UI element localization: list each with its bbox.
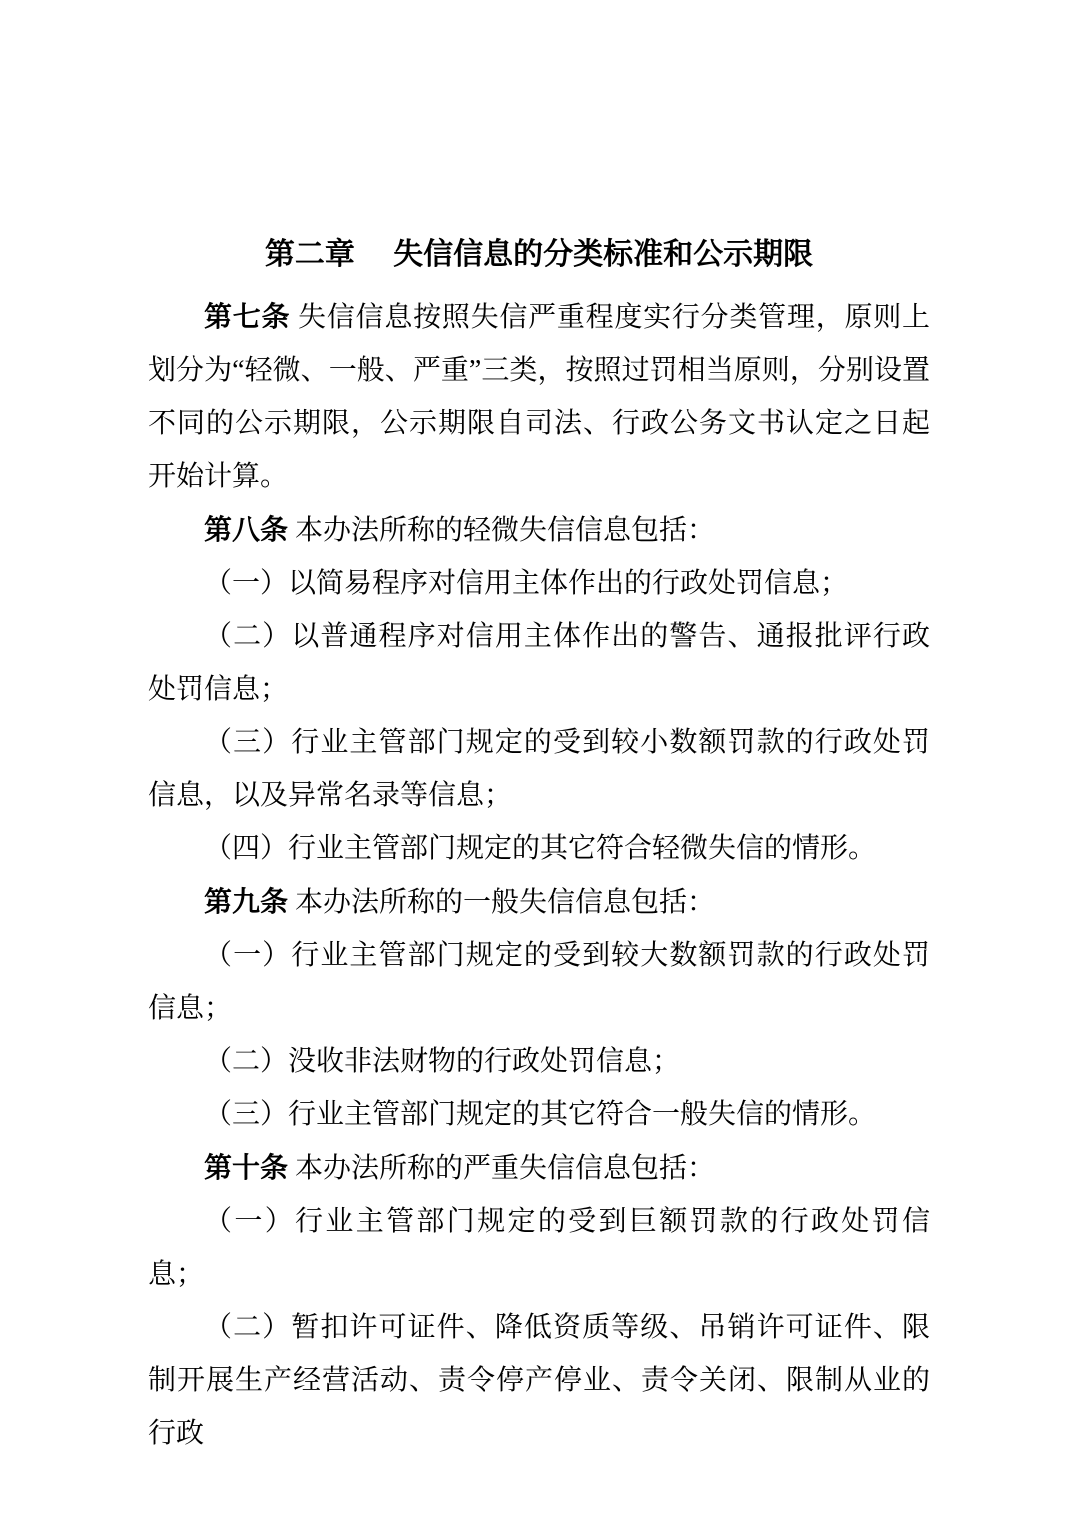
paragraph: （二）暂扣许可证件、降低资质等级、吊销许可证件、限制开展生产经营活动、责令停产停…: [148, 1301, 930, 1460]
paragraph: （四）行业主管部门规定的其它符合轻微失信的情形。: [148, 822, 930, 875]
paragraph: （一）以简易程序对信用主体作出的行政处罚信息；: [148, 557, 930, 610]
paragraph: （一）行业主管部门规定的受到巨额罚款的行政处罚信息；: [148, 1195, 930, 1301]
article-number: 第七条: [204, 301, 290, 332]
article-number: 第九条: [204, 886, 288, 917]
paragraph: （二）以普通程序对信用主体作出的警告、通报批评行政处罚信息；: [148, 610, 930, 716]
paragraph: 第九条 本办法所称的一般失信信息包括：: [148, 875, 930, 929]
paragraph: （三）行业主管部门规定的受到较小数额罚款的行政处罚信息，以及异常名录等信息；: [148, 716, 930, 822]
paragraph: （一）行业主管部门规定的受到较大数额罚款的行政处罚信息；: [148, 929, 930, 1035]
paragraph: 第十条 本办法所称的严重失信信息包括：: [148, 1141, 930, 1195]
document-content: 第二章 失信信息的分类标准和公示期限 第七条 失信信息按照失信严重程度实行分类管…: [148, 0, 930, 1460]
document-body: 第七条 失信信息按照失信严重程度实行分类管理，原则上划分为“轻微、一般、严重”三…: [148, 290, 930, 1460]
paragraph: （三）行业主管部门规定的其它符合一般失信的情形。: [148, 1088, 930, 1141]
paragraph: 第七条 失信信息按照失信严重程度实行分类管理，原则上划分为“轻微、一般、严重”三…: [148, 290, 930, 503]
chapter-title: 第二章 失信信息的分类标准和公示期限: [148, 0, 930, 273]
document-page: 第二章 失信信息的分类标准和公示期限 第七条 失信信息按照失信严重程度实行分类管…: [0, 0, 1074, 1520]
article-number: 第八条: [204, 514, 288, 545]
paragraph: （二）没收非法财物的行政处罚信息；: [148, 1035, 930, 1088]
article-number: 第十条: [204, 1152, 288, 1183]
paragraph: 第八条 本办法所称的轻微失信信息包括：: [148, 503, 930, 557]
